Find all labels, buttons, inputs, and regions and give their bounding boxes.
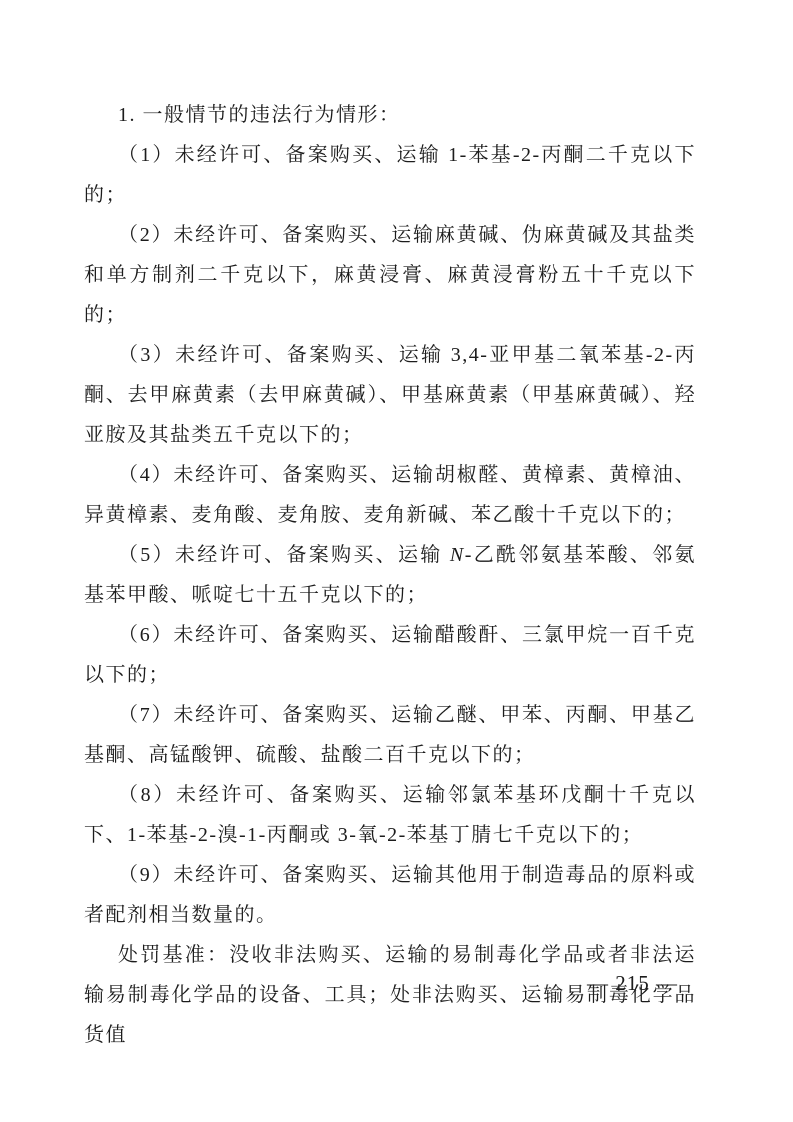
document-page: 1. 一般情节的违法行为情形：（1）未经许可、备案购买、运输 1-苯基-2-丙酮…	[0, 0, 793, 1122]
item-8: （8）未经许可、备案购买、运输邻氯苯基环戊酮十千克以下、1-苯基-2-溴-1-丙…	[84, 775, 696, 855]
page-number: — 215 —	[84, 968, 696, 998]
item-1: （1）未经许可、备案购买、运输 1-苯基-2-丙酮二千克以下的；	[84, 135, 696, 215]
paragraph-text: 1. 一般情节的违法行为情形：	[118, 104, 401, 126]
italic-text: N	[450, 544, 465, 566]
item-7: （7）未经许可、备案购买、运输乙醚、甲苯、丙酮、甲基乙基酮、高锰酸钾、硫酸、盐酸…	[84, 695, 696, 775]
paragraph-text: （5）未经许可、备案购买、运输	[118, 544, 450, 566]
paragraph-text: （7）未经许可、备案购买、运输乙醚、甲苯、丙酮、甲基乙基酮、高锰酸钾、硫酸、盐酸…	[84, 704, 696, 766]
item-3: （3）未经许可、备案购买、运输 3,4-亚甲基二氧苯基-2-丙酮、去甲麻黄素（去…	[84, 335, 696, 455]
paragraph-text: （1）未经许可、备案购买、运输 1-苯基-2-丙酮二千克以下的；	[84, 144, 696, 206]
paragraph-text: （8）未经许可、备案购买、运输邻氯苯基环戊酮十千克以下、1-苯基-2-溴-1-丙…	[84, 784, 696, 846]
item-9: （9）未经许可、备案购买、运输其他用于制造毒品的原料或者配剂相当数量的。	[84, 855, 696, 935]
paragraph-text: （6）未经许可、备案购买、运输醋酸酐、三氯甲烷一百千克以下的；	[84, 624, 696, 686]
paragraph-text: （2）未经许可、备案购买、运输麻黄碱、伪麻黄碱及其盐类和单方制剂二千克以下，麻黄…	[84, 224, 696, 326]
paragraph-text: （9）未经许可、备案购买、运输其他用于制造毒品的原料或者配剂相当数量的。	[84, 864, 696, 926]
item-2: （2）未经许可、备案购买、运输麻黄碱、伪麻黄碱及其盐类和单方制剂二千克以下，麻黄…	[84, 215, 696, 335]
item-5: （5）未经许可、备案购买、运输 N-乙酰邻氨基苯酸、邻氨基苯甲酸、哌啶七十五千克…	[84, 535, 696, 615]
page-number-text: — 215 —	[587, 971, 678, 995]
item-4: （4）未经许可、备案购买、运输胡椒醛、黄樟素、黄樟油、异黄樟素、麦角酸、麦角胺、…	[84, 455, 696, 535]
document-body: 1. 一般情节的违法行为情形：（1）未经许可、备案购买、运输 1-苯基-2-丙酮…	[84, 95, 696, 1055]
paragraph-text: （3）未经许可、备案购买、运输 3,4-亚甲基二氧苯基-2-丙酮、去甲麻黄素（去…	[84, 344, 696, 446]
section-title: 1. 一般情节的违法行为情形：	[84, 95, 696, 135]
item-6: （6）未经许可、备案购买、运输醋酸酐、三氯甲烷一百千克以下的；	[84, 615, 696, 695]
paragraph-text: （4）未经许可、备案购买、运输胡椒醛、黄樟素、黄樟油、异黄樟素、麦角酸、麦角胺、…	[84, 464, 696, 526]
